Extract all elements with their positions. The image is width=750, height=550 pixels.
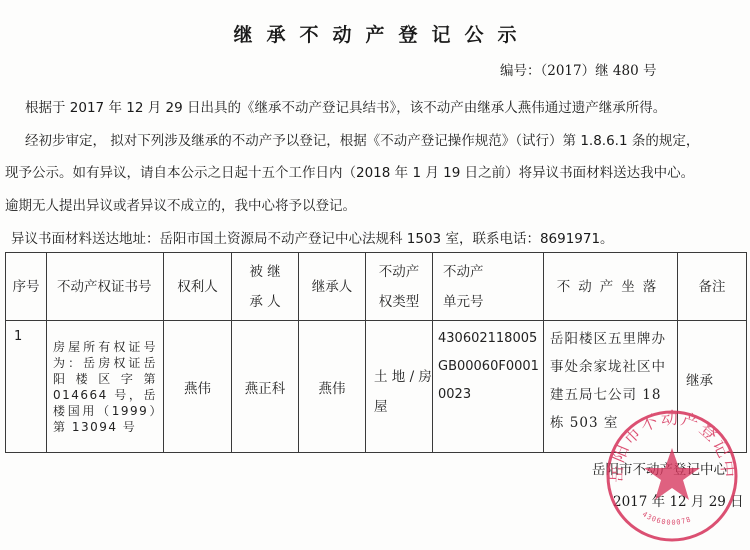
notice-title: 继承不动产登记公示 (0, 20, 750, 47)
header-unit-no: 不动产 单元号 (433, 253, 544, 321)
cell-seq: 1 (6, 321, 47, 453)
issuing-organization: 岳阳市不动产登记中心 (592, 458, 727, 478)
header-unit-no-line1: 不动产 (443, 257, 543, 287)
header-unit-no-line2: 单元号 (443, 287, 543, 317)
header-right-type-line1: 不动产 (366, 257, 432, 287)
cell-location: 岳阳楼区五里牌办事处余家垅社区中建五局七公司 18 栋 503 室 (544, 321, 678, 453)
table-header-row: 序号 不动产权证书号 权利人 被 继 承 人 继承人 不动产 权类型 不动产 单… (6, 253, 747, 321)
cell-decedent: 燕正科 (232, 321, 299, 453)
header-right-type-line2: 权类型 (366, 287, 432, 317)
header-remark: 备注 (678, 253, 747, 321)
cell-holder: 燕伟 (164, 321, 232, 453)
issue-date: 2017 年 12 月 29 日 (613, 490, 744, 510)
paragraph-review-line1: 经初步审定， 拟对下列涉及继承的不动产予以登记，根据《不动产登记操作规范》（试行… (25, 129, 699, 149)
header-heir: 继承人 (299, 253, 366, 321)
paragraph-overdue: 逾期无人提出异议或者异议不成立的，我中心将予以登记。 (5, 194, 356, 214)
header-right-type: 不动产 权类型 (366, 253, 433, 321)
header-cert-no: 不动产权证书号 (47, 253, 164, 321)
header-seq: 序号 (6, 253, 47, 321)
cell-heir: 燕伟 (299, 321, 366, 453)
document-number: 编号：（2017）继 480 号 (500, 59, 656, 79)
seal-code: 4306000078 (641, 510, 693, 527)
registration-table: 序号 不动产权证书号 权利人 被 继 承 人 继承人 不动产 权类型 不动产 单… (5, 252, 747, 453)
cell-unit-no: 430602118005GB00060F00010023 (433, 321, 544, 453)
paragraph-basis: 根据于 2017 年 12 月 29 日出具的《继承不动产登记具结书》，该不动产… (25, 96, 666, 116)
header-decedent: 被 继 承 人 (232, 253, 299, 321)
paragraph-review-line2: 现予公示。如有异议，请自本公示之日起十五个工作日内（2018 年 1 月 19 … (5, 161, 694, 181)
header-decedent-line1: 被 继 (232, 257, 298, 287)
cell-cert-no: 房屋所有权证号为：岳房权证岳阳楼区字第 014664 号，岳楼国用（1999）第… (47, 321, 164, 453)
table-row: 1 房屋所有权证号为：岳房权证岳阳楼区字第 014664 号，岳楼国用（1999… (6, 321, 747, 453)
header-holder: 权利人 (164, 253, 232, 321)
paragraph-objection-address: 异议书面材料送达地址：岳阳市国土资源局不动产登记中心法规科 1503 室，联系电… (11, 227, 614, 247)
header-decedent-line2: 承 人 (232, 287, 298, 317)
cell-right-type: 土 地 / 房屋 (366, 321, 433, 453)
header-location: 不动产坐落 (544, 253, 678, 321)
cell-remark: 继承 (678, 321, 747, 453)
svg-text:4306000078: 4306000078 (641, 510, 693, 527)
